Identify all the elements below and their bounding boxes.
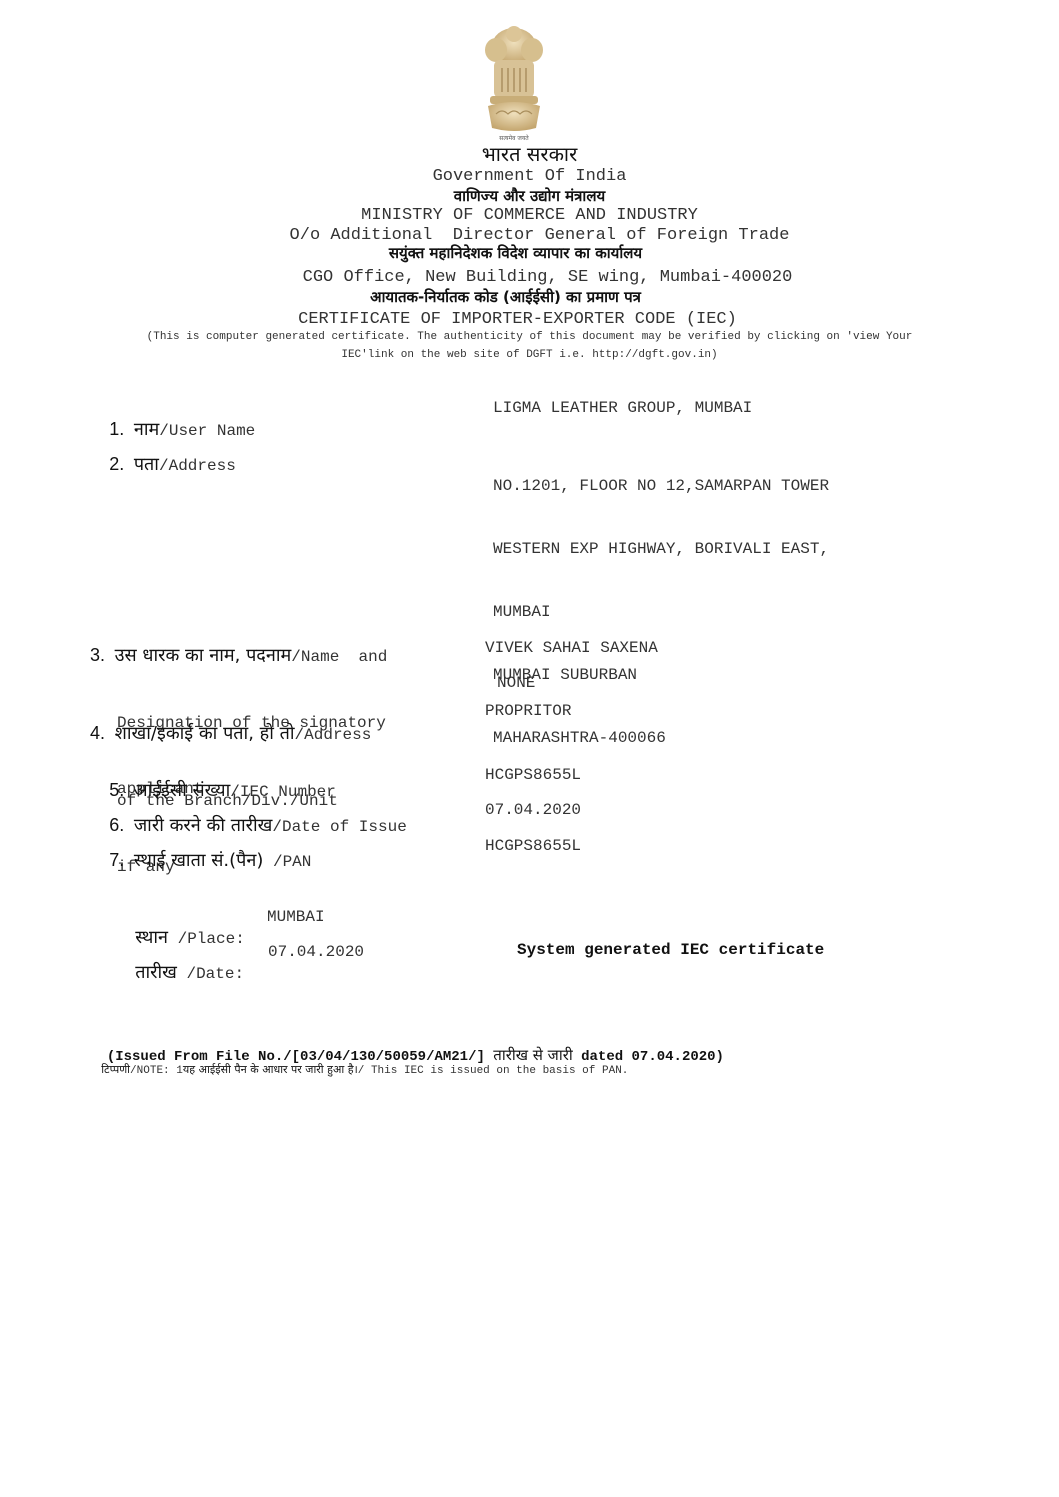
- signatory-name: VIVEK SAHAI SAXENA: [485, 638, 658, 659]
- govt-hindi-heading: भारत सरकार: [0, 140, 1059, 167]
- pan-basis-note: टिप्पणी/NOTE: 1यह आईईसी पैन के आधार पर ज…: [88, 1050, 628, 1077]
- address-line: WESTERN EXP HIGHWAY, BORIVALI EAST,: [493, 539, 829, 560]
- field-user-name-value: LIGMA LEATHER GROUP, MUMBAI: [493, 398, 752, 419]
- office-address: CGO Office, New Building, SE wing, Mumba…: [18, 268, 1059, 287]
- govt-english-heading: Government Of India: [0, 167, 1059, 186]
- date-value: 07.04.2020: [268, 942, 364, 963]
- field-pan-label: 7. स्थाई खाता सं.(पैन) /PAN: [90, 827, 311, 873]
- address-line: NO.1201, FLOOR NO 12,SAMARPAN TOWER: [493, 476, 829, 497]
- system-generated-note: System generated IEC certificate: [517, 941, 824, 959]
- certificate-hindi-title: आयातक-निर्यातक कोड (आईईसी) का प्रमाण पत्…: [0, 287, 1035, 307]
- certificate-english-title: CERTIFICATE OF IMPORTER-EXPORTER CODE (I…: [0, 310, 1047, 329]
- disclaimer-line-2: IEC'link on the web site of DGFT i.e. ht…: [0, 349, 1059, 361]
- place-value: MUMBAI: [267, 907, 325, 928]
- field-date-of-issue-value: 07.04.2020: [485, 800, 581, 821]
- field-iec-number-value: HCGPS8655L: [485, 765, 581, 786]
- field-branch-value: NONE: [497, 673, 535, 694]
- date-label: तारीख /Date:: [116, 940, 244, 985]
- ministry-hindi-heading: वाणिज्य और उद्योग मंत्रालय: [0, 186, 1059, 206]
- field-pan-value: HCGPS8655L: [485, 836, 581, 857]
- disclaimer-line-1: (This is computer generated certificate.…: [0, 331, 1059, 343]
- signatory-designation: PROPRITOR: [485, 701, 658, 722]
- field-signatory-value: VIVEK SAHAI SAXENA PROPRITOR: [485, 596, 658, 743]
- field-address-label: 2. पता/Address: [90, 431, 236, 477]
- ministry-english-heading: MINISTRY OF COMMERCE AND INDUSTRY: [0, 206, 1059, 225]
- state-emblem-of-india-icon: सत्यमेव जयते: [478, 24, 550, 142]
- office-hindi-heading: सयुंक्त महानिदेशक विदेश व्यापार का कार्य…: [0, 243, 1045, 263]
